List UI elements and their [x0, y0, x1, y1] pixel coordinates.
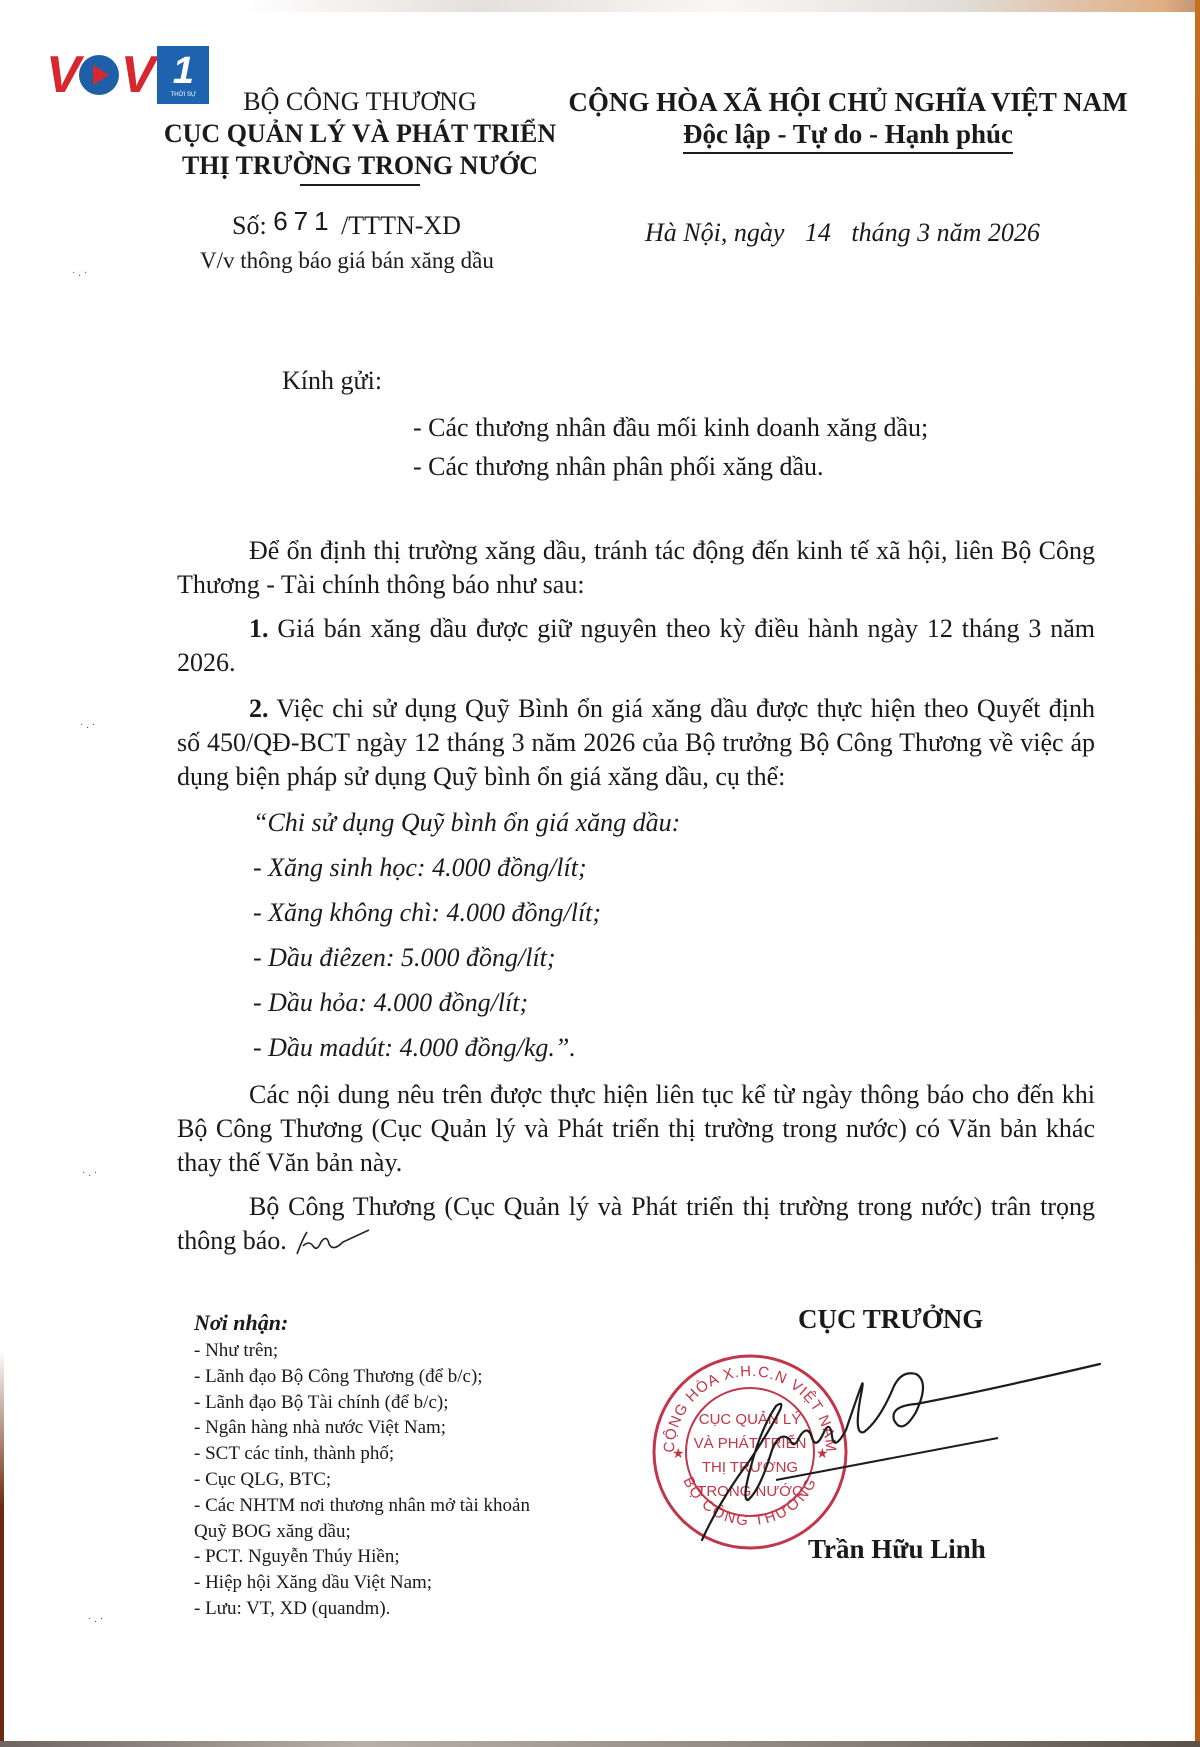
scan-speck: ·.·	[72, 268, 90, 279]
header-rule	[300, 184, 420, 186]
distribution-item: - Lưu: VT, XD (quandm).	[194, 1596, 530, 1622]
recipient-item: - Các thương nhân đầu mối kinh doanh xăn…	[413, 408, 928, 447]
date-day: 14	[805, 218, 831, 247]
closing-paragraph: Bộ Công Thương (Cục Quản lý và Phát triể…	[177, 1190, 1095, 1258]
page-edge-right	[1195, 0, 1200, 1747]
handwritten-signature	[680, 1340, 1120, 1560]
distribution-item: - Lãnh đạo Bộ Công Thương (để b/c);	[194, 1364, 530, 1390]
fund-item: - Dầu hỏa: 4.000 đồng/lít;	[253, 980, 680, 1025]
intro-paragraph: Để ổn định thị trường xăng dầu, tránh tá…	[177, 534, 1095, 602]
distribution-list: Nơi nhận: - Như trên; - Lãnh đạo Bộ Công…	[194, 1308, 530, 1622]
recipient-item: - Các thương nhân phân phối xăng dầu.	[413, 447, 928, 486]
distribution-item: - Các NHTM nơi thương nhân mở tài khoản	[194, 1493, 530, 1519]
distribution-item: - SCT các tỉnh, thành phố;	[194, 1441, 530, 1467]
national-motto: Độc lập - Tự do - Hạnh phúc	[683, 118, 1013, 154]
issuer-header: BỘ CÔNG THƯƠNG CỤC QUẢN LÝ VÀ PHÁT TRIỂN…	[150, 86, 570, 186]
distribution-item: - Cục QLG, BTC;	[194, 1467, 530, 1493]
fund-usage-quote: “Chi sử dụng Quỹ bình ổn giá xăng dầu: -…	[253, 800, 680, 1070]
continuity-paragraph: Các nội dung nêu trên được thực hiện liê…	[177, 1078, 1095, 1180]
point-1-paragraph: 1. Giá bán xăng dầu được giữ nguyên theo…	[177, 612, 1095, 680]
distribution-item: - PCT. Nguyễn Thúy Hiền;	[194, 1544, 530, 1570]
distribution-item: - Lãnh đạo Bộ Tài chính (để b/c);	[194, 1390, 530, 1416]
scan-speck: ·.·	[88, 1614, 106, 1625]
signer-name: Trần Hữu Linh	[808, 1534, 986, 1565]
scan-speck: ·.·	[82, 1168, 100, 1179]
country-name: CỘNG HÒA XÃ HỘI CHỦ NGHĨA VIỆT NAM	[568, 86, 1128, 118]
document-number-value: 671	[273, 206, 334, 236]
document-number: Số: 671 /TTTN-XD	[232, 210, 461, 241]
initials-mark	[293, 1228, 373, 1258]
page-edge-left	[0, 1350, 4, 1747]
distribution-item: Quỹ BOG xăng dầu;	[194, 1519, 530, 1545]
quote-intro: “Chi sử dụng Quỹ bình ổn giá xăng dầu:	[253, 800, 680, 845]
scan-speck: ·.·	[80, 720, 98, 731]
ministry-name: BỘ CÔNG THƯƠNG	[150, 86, 570, 118]
distribution-item: - Hiệp hội Xăng dầu Việt Nam;	[194, 1570, 530, 1596]
recipient-list: - Các thương nhân đầu mối kinh doanh xăn…	[413, 408, 928, 486]
distribution-item: - Ngân hàng nhà nước Việt Nam;	[194, 1415, 530, 1441]
distribution-title: Nơi nhận:	[194, 1308, 530, 1338]
page-edge-top	[0, 0, 1200, 12]
fund-item: - Dầu madút: 4.000 đồng/kg.”.	[253, 1025, 680, 1070]
greeting: Kính gửi:	[282, 366, 382, 396]
signer-title: CỤC TRƯỞNG	[798, 1304, 983, 1335]
national-header: CỘNG HÒA XÃ HỘI CHỦ NGHĨA VIỆT NAM Độc l…	[568, 86, 1128, 154]
fund-item: - Dầu điêzen: 5.000 đồng/lít;	[253, 935, 680, 980]
document-date: Hà Nội, ngày 14 tháng 3 năm 2026	[645, 218, 1040, 248]
distribution-item: - Như trên;	[194, 1338, 530, 1364]
vov-wordmark: V V	[46, 46, 151, 104]
fund-item: - Xăng sinh học: 4.000 đồng/lít;	[253, 845, 680, 890]
page-edge-bottom	[0, 1741, 1200, 1747]
channel-number: 1	[173, 52, 194, 90]
fund-item: - Xăng không chì: 4.000 đồng/lít;	[253, 890, 680, 935]
department-name-line2: THỊ TRƯỜNG TRONG NƯỚC	[150, 150, 570, 182]
document-subject: V/v thông báo giá bán xăng dầu	[200, 248, 494, 274]
play-icon	[79, 55, 119, 95]
department-name-line1: CỤC QUẢN LÝ VÀ PHÁT TRIỂN	[150, 118, 570, 150]
point-2-paragraph: 2. Việc chi sử dụng Quỹ Bình ổn giá xăng…	[177, 692, 1095, 794]
